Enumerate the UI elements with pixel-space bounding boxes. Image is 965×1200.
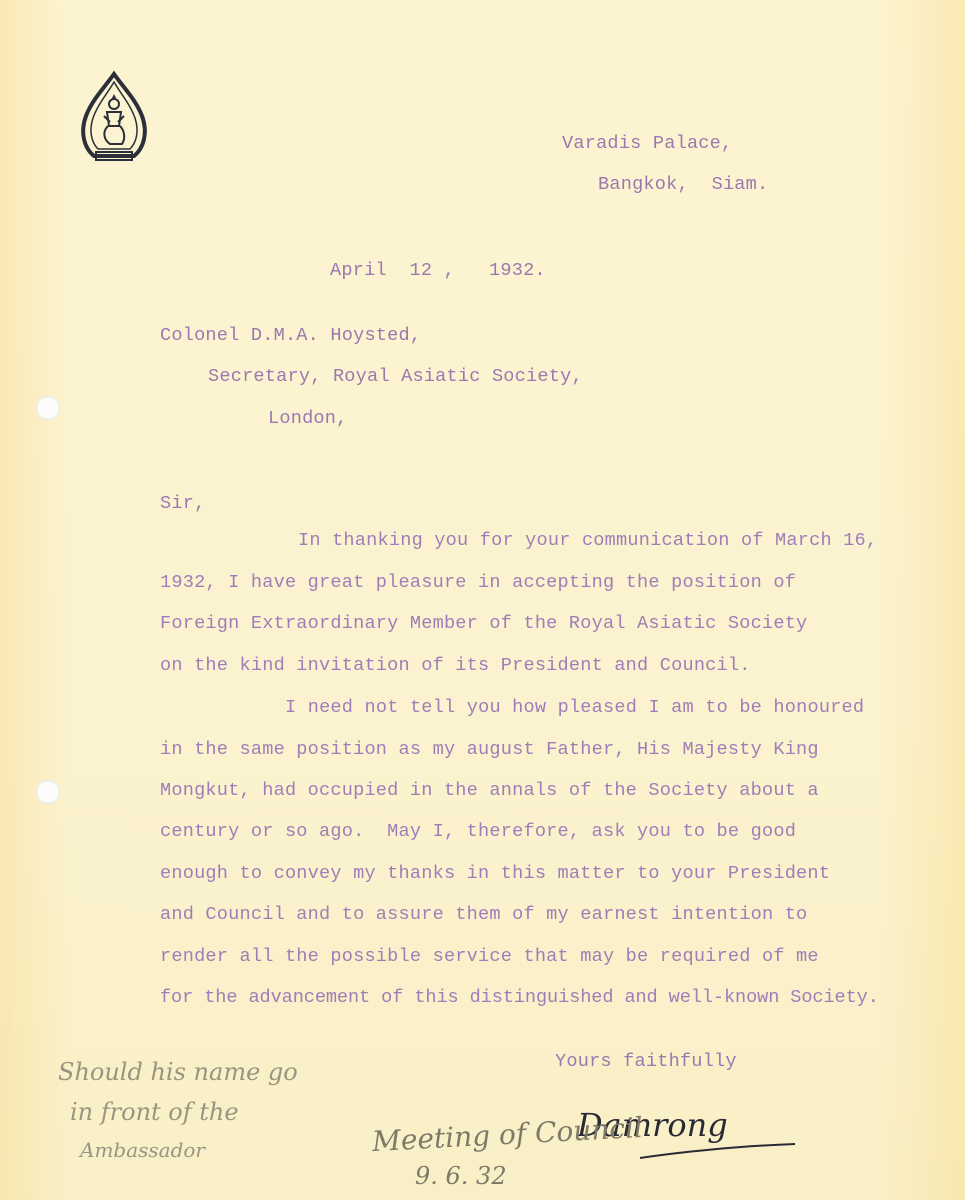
body-line: and Council and to assure them of my ear…: [160, 906, 807, 925]
punch-hole: [36, 780, 60, 804]
body-line: Mongkut, had occupied in the annals of t…: [160, 782, 819, 801]
thai-deity-crest-icon: [74, 70, 154, 170]
body-line: render all the possible service that may…: [160, 948, 819, 967]
body-line: 1932, I have great pleasure in accepting…: [160, 574, 796, 593]
pencil-note-line3: Ambassador: [80, 1138, 205, 1162]
recipient-title: Secretary, Royal Asiatic Society,: [208, 368, 583, 387]
body-line: I need not tell you how pleased I am to …: [285, 699, 864, 718]
council-note-line1: Meeting of Council: [371, 1111, 643, 1158]
punch-hole: [36, 396, 60, 420]
pencil-note-line1: Should his name go: [58, 1058, 298, 1086]
recipient-city: London,: [268, 410, 348, 429]
closing: Yours faithfully: [555, 1053, 737, 1072]
letterhead-address-line1: Varadis Palace,: [562, 135, 732, 154]
salutation: Sir,: [160, 495, 205, 514]
body-line: on the kind invitation of its President …: [160, 657, 751, 676]
letter-page: Varadis Palace, Bangkok, Siam. April 12 …: [0, 0, 965, 1200]
pencil-note-line2: in front of the: [70, 1098, 239, 1126]
body-line: for the advancement of this distinguishe…: [160, 989, 879, 1008]
body-line: enough to convey my thanks in this matte…: [160, 865, 830, 884]
body-line: Foreign Extraordinary Member of the Roya…: [160, 615, 807, 634]
body-line: century or so ago. May I, therefore, ask…: [160, 823, 796, 842]
recipient-name: Colonel D.M.A. Hoysted,: [160, 327, 421, 346]
body-line: in the same position as my august Father…: [160, 741, 819, 760]
council-note-date: 9. 6. 32: [415, 1162, 507, 1190]
letterhead-address-line2: Bangkok, Siam.: [598, 176, 768, 195]
body-line: In thanking you for your communication o…: [298, 532, 877, 551]
letter-date: April 12 , 1932.: [330, 262, 546, 281]
signature-underline: [640, 1140, 800, 1170]
